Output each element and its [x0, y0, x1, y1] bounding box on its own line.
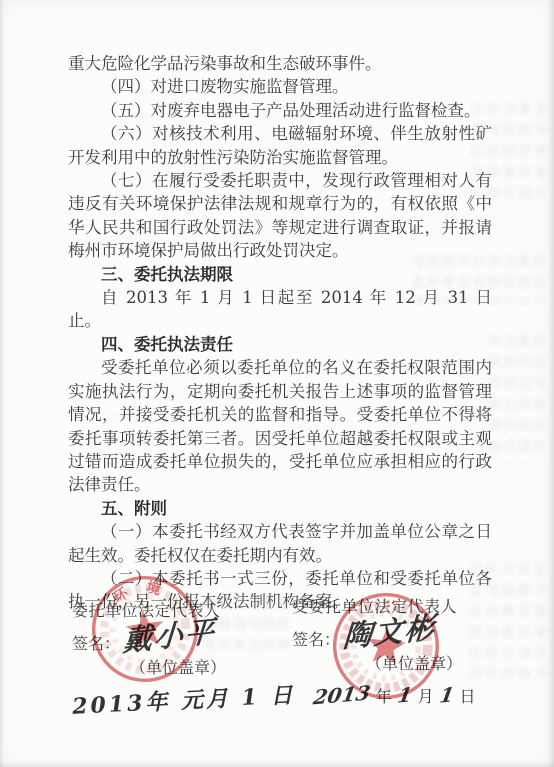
delegator-handwritten-signature: 戴小平 — [122, 618, 216, 654]
term-period-text: 自 2013 年 1 月 1 日起至 2014 年 12 月 31 日止。 — [68, 286, 492, 333]
month-label: 月 — [418, 687, 434, 706]
delegator-sign-label: 签名： — [72, 634, 120, 653]
scan-edge-shadow — [547, 0, 554, 767]
delegator-signature-block: 委托单位法定代表人 签名：戴小平 （单位盖章） 2013年 元月 1 日 — [72, 598, 304, 715]
appendix-item-1: （一）本委托书经双方代表签字并加盖单位公章之日起生效。委托权仅在委托期内有效。 — [68, 520, 492, 567]
year-label: 年 — [376, 687, 392, 706]
delegatee-sign-label: 签名： — [292, 630, 340, 649]
document-text: 重大危险化学品污染事故和生态破环事件。 （四）对进口废物实施监督管理。 （五）对… — [68, 52, 492, 614]
responsibility-text: 受委托单位必须以委托单位的名义在委托权限范围内实施执法行为，定期向委托机关报告上… — [68, 356, 492, 496]
delegatee-seal-note: （单位盖章） — [366, 651, 540, 674]
delegatee-handwritten-signature: 陶文彬 — [342, 614, 436, 650]
bleedthrough-artifact: 受委托单位环境保护监督管理执法事项委托机关报告情况监督指导环境保护法律法规行政处… — [488, 332, 546, 462]
delegatee-signature-block: 受委托单位法定代表人 签名：陶文彬 （单位盖章） 2013年1月1日 — [292, 594, 540, 707]
paragraph-continuation: 重大危险化学品污染事故和生态破环事件。 — [68, 52, 492, 75]
list-item-7: （七）在履行受委托职责中，发现行政管理相对人有违反有关环境保护法律法规和规章行为… — [68, 169, 492, 263]
section-heading-5: 五、附则 — [68, 497, 492, 520]
delegatee-date: 2013年1月1日 — [310, 683, 540, 707]
scanned-document-page: 重大危险化学品污染事故和生态破环事件。 （四）对进口废物实施监督管理。 （五）对… — [0, 0, 554, 767]
day-label: 日 — [460, 687, 476, 706]
scan-edge-shadow — [0, 0, 4, 767]
list-item-5: （五）对废弃电器电子产品处理活动进行监督检查。 — [68, 99, 492, 122]
section-heading-4: 四、委托执法责任 — [68, 333, 492, 356]
list-item-6: （六）对核技术利用、电磁辐射环境、伴生放射性矿开发利用中的放射性污染防治实施监督… — [68, 122, 492, 169]
scan-edge-shadow — [0, 761, 554, 767]
section-heading-3: 三、委托执法期限 — [68, 263, 492, 286]
delegatee-handwritten-day: 1 — [438, 682, 456, 707]
delegatee-handwritten-month: 1 — [396, 682, 414, 707]
delegatee-handwritten-year: 2013 — [312, 681, 373, 710]
delegator-handwritten-date: 2013年 元月 1 日 — [71, 678, 296, 721]
delegator-seal-note: （单位盖章） — [130, 655, 304, 678]
list-item-4: （四）对进口废物实施监督管理。 — [68, 75, 492, 98]
